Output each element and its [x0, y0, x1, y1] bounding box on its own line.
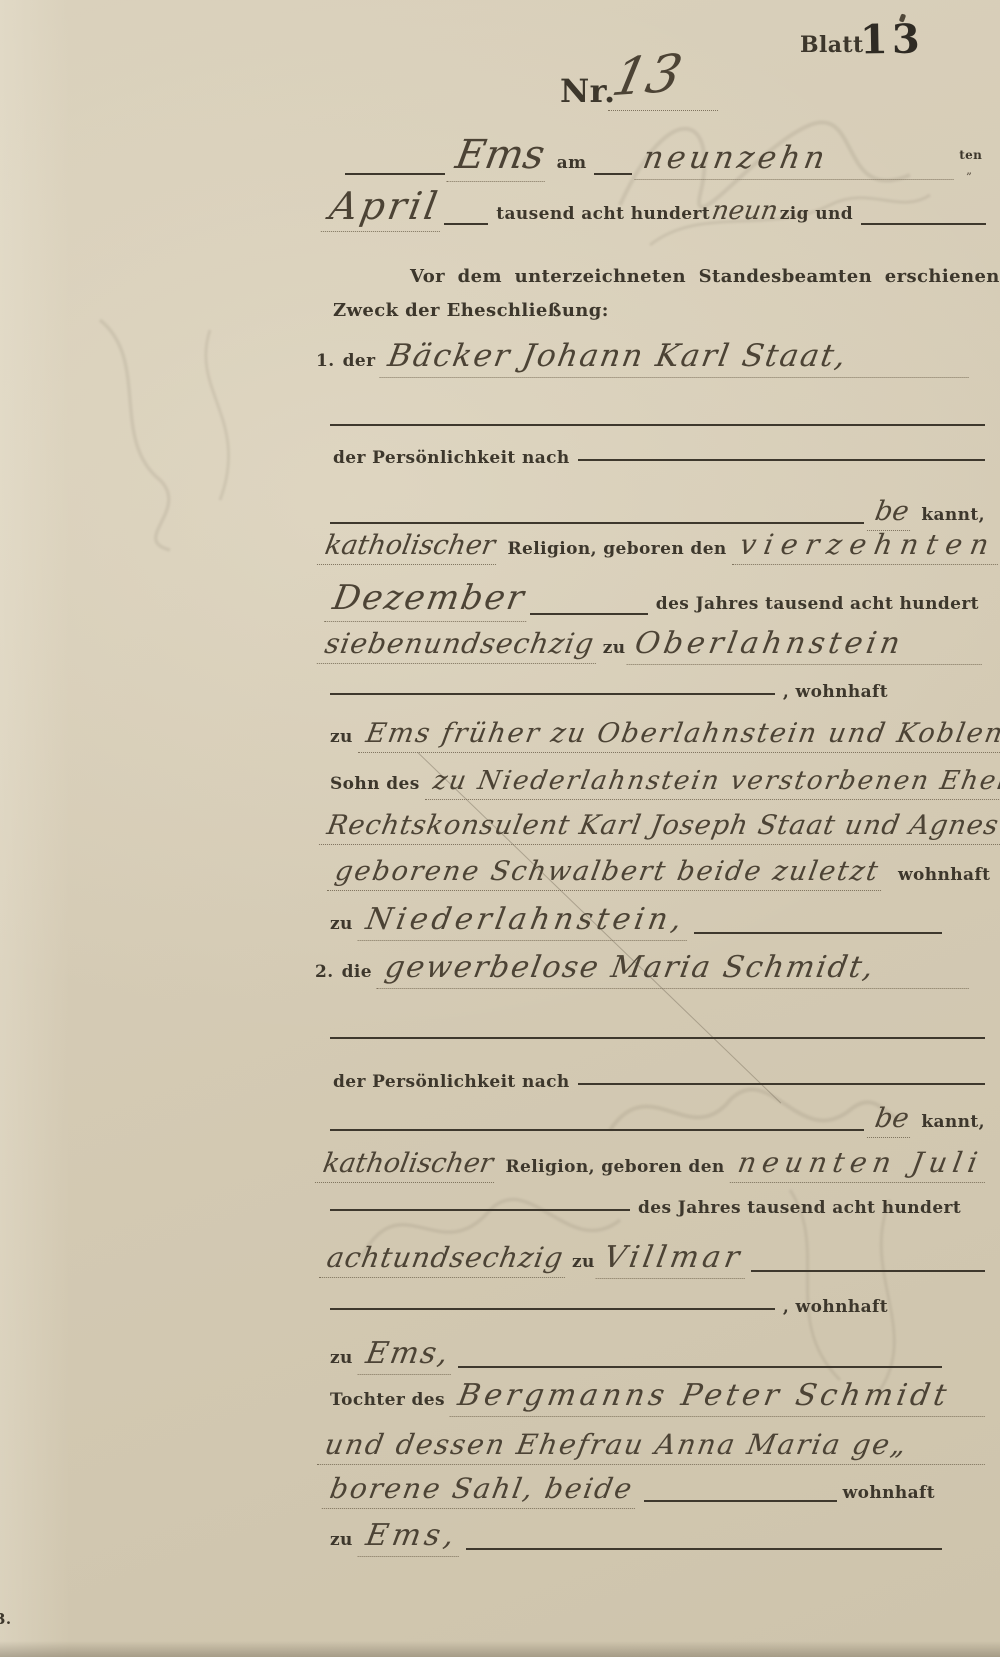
blank-line — [861, 223, 986, 225]
parents-entry-3: geborene Schwalbert beide zuletzt — [327, 856, 887, 891]
year-printed: tausend acht hundert — [496, 204, 710, 224]
birth-month-entry: Dezember — [324, 578, 534, 622]
identity-hw-entry: be — [867, 496, 916, 531]
person1-identity-row: der Persönlichkeit nach — [333, 448, 985, 468]
blank-line — [330, 693, 775, 695]
person2-bekannt-row: be kannt, — [330, 1103, 985, 1138]
zu-label: zu — [330, 1348, 353, 1368]
person1-number: 1. — [316, 351, 335, 371]
person2-article: die — [342, 962, 372, 982]
date-place-row: Ems am neunzehn ten „ — [345, 132, 988, 182]
residence-entry: Ems, — [357, 1336, 457, 1375]
religion-label: Religion, geboren den — [505, 1157, 724, 1177]
preamble-line-2: Zweck der Eheschließung: — [333, 300, 609, 321]
person2-parents-row-2: und dessen Ehefrau Anna Maria ge„ — [320, 1428, 988, 1465]
person1-birthmonth-row: Dezember des Jahres tausend acht hundert — [328, 578, 985, 622]
blank-line — [594, 173, 632, 175]
blank-line — [330, 1129, 864, 1131]
birth-year-entry: achtundsechzig — [319, 1241, 571, 1278]
person1-wohnhaft-row: , wohnhaft — [330, 682, 888, 702]
birth-year-entry: siebenundsechzig — [317, 627, 602, 664]
identity-printed: kannt, — [921, 1112, 985, 1132]
person2-parents-row-1: Tochter des Bergmanns Peter Schmidt — [330, 1378, 988, 1417]
month-year-row: April tausend acht hundert neun zig und — [325, 184, 986, 232]
parents-residence-entry: Ems, — [357, 1518, 465, 1557]
religion-entry: katholischer — [315, 1148, 501, 1183]
person2-name-entry: gewerbelose Maria Schmidt, — [376, 950, 975, 989]
blank-line — [751, 1270, 985, 1272]
blank-line — [330, 1308, 775, 1310]
person1-residence-row: zu Ems früher zu Oberlahnstein und Koble… — [330, 718, 988, 753]
birth-day-entry: vierzehnten — [731, 528, 1000, 565]
person2-wohnhaft-row: , wohnhaft — [330, 1297, 888, 1317]
parents-entry-2: und dessen Ehefrau Anna Maria ge„ — [317, 1428, 992, 1465]
blatt-number-stamp: 13 — [860, 15, 924, 63]
wohnhaft-label: , wohnhaft — [783, 1297, 888, 1317]
person2-parents-residence-row: zu Ems, — [330, 1518, 942, 1557]
person2-name-row: 2. die gewerbelose Maria Schmidt, — [315, 950, 972, 989]
month-entry: April — [321, 184, 449, 232]
residence-entry: Ems früher zu Oberlahnstein und Koblenz — [358, 718, 1000, 753]
identity-label: der Persönlichkeit nach — [333, 448, 570, 468]
blank-line — [330, 1037, 985, 1039]
person1-article: der — [343, 351, 376, 371]
wohnhaft-label: , wohnhaft — [783, 682, 888, 702]
person2-residence-row: zu Ems, — [330, 1336, 942, 1375]
person1-name-entry: Bäcker Johann Karl Staat, — [380, 338, 976, 378]
year-label: des Jahres tausend acht hundert — [656, 594, 979, 614]
day-suffix: ten — [959, 148, 982, 162]
person2-birthyear-row: achtundsechzig zu Villmar — [322, 1240, 985, 1279]
zu-label: zu — [330, 727, 353, 747]
person2-religion-row: katholischer Religion, geboren den neunt… — [318, 1146, 960, 1183]
daughter-label: Tochter des — [330, 1390, 445, 1410]
parents-residence-entry: Niederlahnstein, — [357, 902, 693, 941]
person2-year-row: des Jahres tausend acht hundert — [330, 1198, 985, 1218]
place-entry: Ems — [447, 132, 553, 182]
preamble-line-1: Vor dem unterzeichneten Standesbeamten e… — [410, 266, 1000, 287]
person1-name-row: 1. der Bäcker Johann Karl Staat, — [316, 338, 972, 378]
birth-place-entry: Villmar — [595, 1240, 750, 1279]
page-edge-shadow — [0, 1641, 1000, 1657]
record-number-value: 13 — [607, 44, 687, 108]
religion-label: Religion, geboren den — [507, 539, 726, 559]
record-number-underline — [608, 110, 718, 111]
wohnhaft-label: wohnhaft — [898, 865, 990, 885]
person1-parents-row-1: Sohn des zu Niederlahnstein verstorbenen… — [330, 766, 988, 800]
parents-entry-1: Bergmanns Peter Schmidt — [450, 1378, 992, 1417]
zu-label: zu — [330, 914, 353, 934]
year-suffix: zig und — [780, 204, 853, 224]
person2-parents-row-3: borene Sahl, beide wohnhaft — [325, 1472, 935, 1509]
person1-parents-row-3: geborene Schwalbert beide zuletzt wohnha… — [330, 856, 938, 891]
blank-line — [530, 613, 648, 615]
year-label: des Jahres tausend acht hundert — [638, 1198, 961, 1218]
person1-parents-residence-row: zu Niederlahnstein, — [330, 902, 942, 941]
year-tens-entry: neun — [709, 196, 780, 226]
person1-birthyear-row: siebenundsechzig zu Oberlahnstein — [320, 626, 985, 665]
footer-mark: 3. — [0, 1610, 11, 1628]
parents-entry-1: zu Niederlahnstein verstorbenen Eheleute — [425, 766, 1000, 800]
religion-entry: katholischer — [317, 530, 503, 565]
day-suffix-mark: „ — [966, 164, 972, 177]
blank-line — [330, 522, 864, 524]
blank-line — [578, 459, 985, 461]
birth-day-entry: neunten Juli — [729, 1146, 990, 1183]
am-label: am — [557, 153, 587, 173]
parents-entry-2: Rechtskonsulent Karl Joseph Staat und Ag… — [319, 810, 1000, 845]
zu-label: zu — [330, 1530, 353, 1550]
identity-label: der Persönlichkeit nach — [333, 1072, 570, 1092]
person1-religion-row: katholischer Religion, geboren den vierz… — [320, 528, 982, 565]
blank-line — [458, 1366, 942, 1368]
identity-hw-entry: be — [867, 1103, 916, 1138]
blank-line — [330, 1209, 630, 1211]
person2-number: 2. — [315, 962, 334, 982]
person1-bekannt-row: be kannt, — [330, 496, 985, 531]
person2-identity-row: der Persönlichkeit nach — [333, 1072, 985, 1092]
blank-line — [466, 1548, 942, 1550]
birth-place-entry: Oberlahnstein — [626, 626, 988, 665]
zu-label: zu — [603, 638, 626, 658]
blank-line — [694, 932, 942, 934]
blank-line — [330, 424, 985, 426]
son-label: Sohn des — [330, 774, 420, 794]
blatt-label: Blatt — [800, 32, 864, 58]
blank-line — [578, 1083, 985, 1085]
blank-line — [644, 1500, 837, 1502]
day-entry: neunzehn — [635, 140, 961, 180]
wohnhaft-label: wohnhaft — [843, 1483, 935, 1503]
bleedthrough-marks — [70, 300, 290, 560]
registry-page: { "page": { "blatt_label": "Blatt", "bla… — [0, 0, 1000, 1657]
blank-line — [444, 223, 488, 225]
zu-label: zu — [572, 1252, 595, 1272]
identity-printed: kannt, — [921, 505, 985, 525]
person1-parents-row-2: Rechtskonsulent Karl Joseph Staat und Ag… — [322, 810, 988, 845]
parents-entry-3: borene Sahl, beide — [322, 1472, 641, 1509]
blank-line — [345, 173, 445, 175]
